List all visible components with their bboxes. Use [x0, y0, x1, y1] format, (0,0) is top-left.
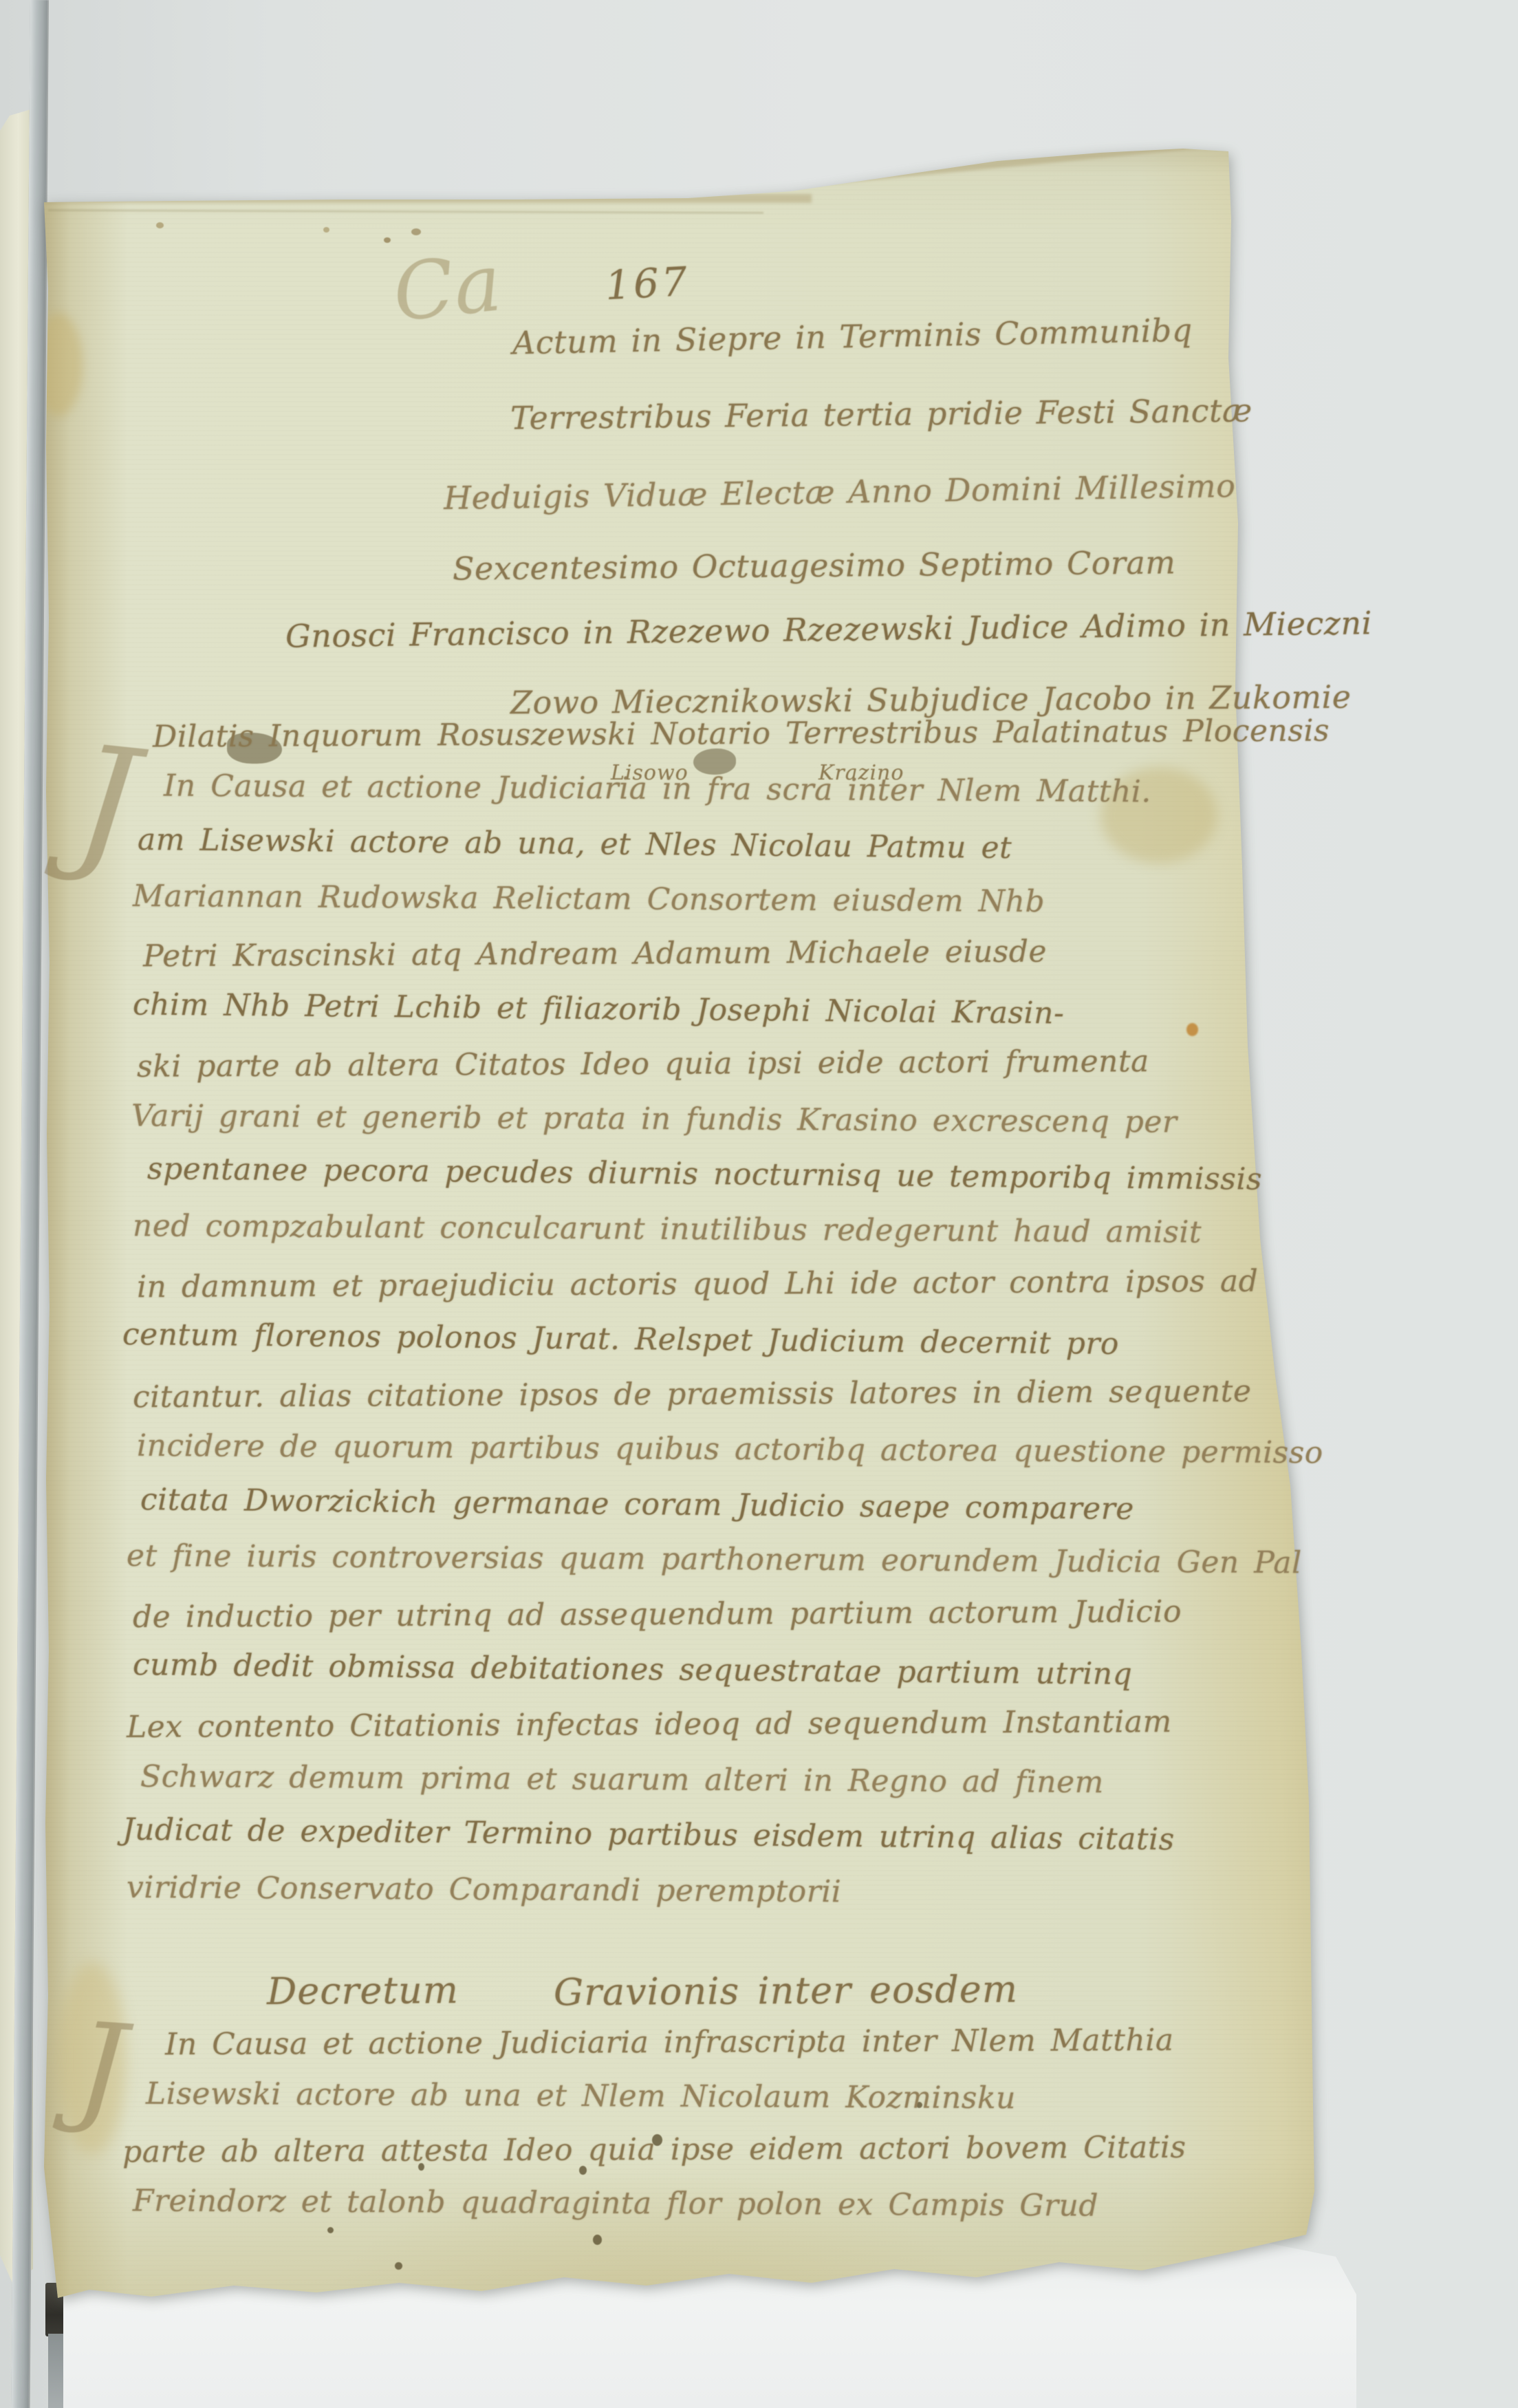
- section-heading-decretum: Decretum: [267, 1968, 459, 2013]
- manuscript-line: cumb dedit obmissa debitationes sequestr…: [133, 1647, 1133, 1692]
- manuscript-line: Lex contento Citationis infectas ideoq a…: [127, 1704, 1172, 1745]
- header-line: Terrestribus Feria tertia pridie Festi S…: [510, 391, 1253, 436]
- header-monogram-flourish: Ca: [389, 237, 506, 340]
- manuscript-line: Lisewski actore ab una et Nlem Nicolaum …: [146, 2076, 1016, 2116]
- page-number: 167: [604, 258, 691, 309]
- manuscript-line: Mariannan Rudowska Relictam Consortem ei…: [133, 879, 1045, 919]
- manuscript-line: ski parte ab altera Citatos Ideo quia ip…: [137, 1044, 1149, 1084]
- handwriting-layer: 167 Ca Actum in Siepre in Terminis Commu…: [0, 0, 1518, 2408]
- header-line: Heduigis Viduæ Electæ Anno Domini Milles…: [444, 467, 1236, 517]
- manuscript-line: parte ab altera attesta Ideo quia ipse e…: [122, 2130, 1186, 2170]
- paragraph1-initial-flourish: J: [68, 713, 145, 891]
- manuscript-line: ned compzabulant conculcarunt inutilibus…: [133, 1208, 1202, 1249]
- manuscript-line: in damnum et praejudiciu actoris quod Lh…: [137, 1264, 1259, 1305]
- manuscript-line: viridrie Conservato Comparandi peremptor…: [127, 1870, 842, 1909]
- manuscript-line: incidere de quorum partibus quibus actor…: [137, 1428, 1323, 1471]
- manuscript-line: citata Dworzickich germanae coram Judici…: [140, 1482, 1134, 1527]
- manuscript-line: In Causa et actione Judiciaria infrascri…: [165, 2023, 1174, 2062]
- manuscript-line: Freindorz et talonb quadraginta flor pol…: [133, 2183, 1098, 2223]
- manuscript-line: spentanee pecora pecudes diurnis nocturn…: [147, 1151, 1262, 1197]
- manuscript-line: de inductio per utrinq ad assequendum pa…: [133, 1594, 1182, 1635]
- manuscript-line: Petri Krascinski atq Andream Adamum Mich…: [143, 934, 1047, 974]
- manuscript-line: Dilatis Inquorum Rosuszewski Notario Ter…: [153, 713, 1330, 755]
- manuscript-line: In Causa et actione Judiciaria in fra sc…: [164, 768, 1151, 810]
- header-line: Sexcentesimo Octuagesimo Septimo Coram: [453, 544, 1176, 587]
- header-line: Actum in Siepre in Terminis Communibq: [512, 312, 1193, 362]
- manuscript-scan: 167 Ca Actum in Siepre in Terminis Commu…: [0, 0, 1518, 2408]
- manuscript-line: chim Nhb Petri Lchib et filiazorib Josep…: [133, 987, 1065, 1031]
- manuscript-line: et fine iuris controversias quam parthon…: [127, 1538, 1302, 1580]
- manuscript-line: citantur. alias citatione ipsos de praem…: [133, 1374, 1252, 1415]
- header-line: Gnosci Francisco in Rzezewo Rzezewski Ju…: [285, 604, 1372, 654]
- paragraph2-initial-flourish: J: [72, 1997, 130, 2140]
- manuscript-line: Schwarz demum prima et suarum alteri in …: [140, 1759, 1104, 1800]
- manuscript-line: Varij grani et generib et prata in fundi…: [131, 1098, 1178, 1139]
- manuscript-line: am Lisewski actore ab una, et Nles Nicol…: [138, 822, 1012, 866]
- section-heading-gravionis: Gravionis inter eosdem: [554, 1968, 1018, 2014]
- manuscript-line: Judicat de expediter Termino partibus ei…: [122, 1812, 1175, 1858]
- manuscript-line: centum florenos polonos Jurat. Relspet J…: [122, 1317, 1119, 1362]
